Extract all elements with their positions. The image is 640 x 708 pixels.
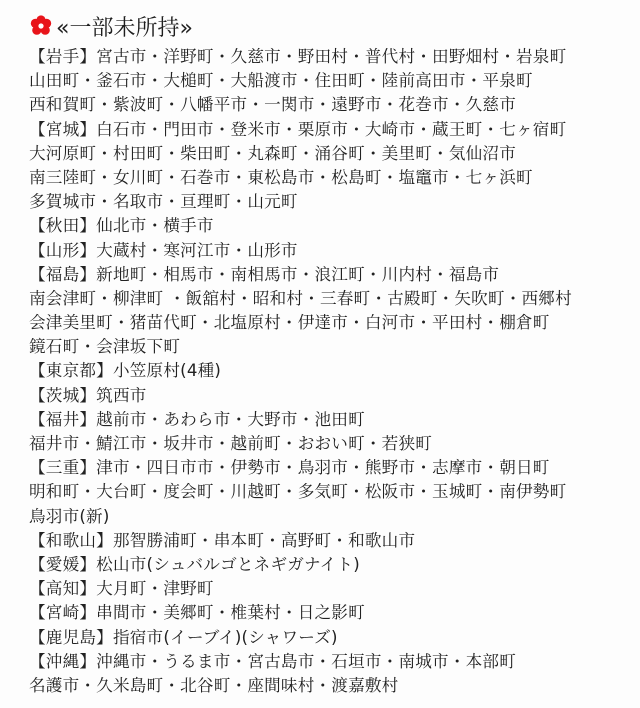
list-line-wakayama: 【和歌山】那智勝浦町・串本町・高野町・和歌山市 bbox=[29, 529, 629, 553]
list-line-fukushima-3: 会津美里町・猪苗代町・北塩原村・伊達市・白河市・平田村・棚倉町 bbox=[29, 311, 629, 335]
list-line-miyagi-2: 大河原町・村田町・柴田町・丸森町・涌谷町・美里町・気仙沼市 bbox=[29, 142, 629, 166]
list-line-iwate-1: 【岩手】宮古市・洋野町・久慈市・野田村・普代村・田野畑村・岩泉町 bbox=[29, 45, 629, 69]
list-line-miyagi-1: 【宮城】白石市・門田市・登米市・栗原市・大崎市・蔵王町・七ヶ宿町 bbox=[29, 118, 629, 142]
list-line-fukushima-1: 【福島】新地町・相馬市・南相馬市・浪江町・川内村・福島市 bbox=[29, 263, 629, 287]
list-line-yamagata: 【山形】大蔵村・寒河江市・山形市 bbox=[29, 239, 629, 263]
section-title: «一部未所持» bbox=[30, 10, 193, 42]
red-flower-icon bbox=[30, 15, 52, 37]
list-line-miyazaki: 【宮崎】串間市・美郷町・椎葉村・日之影町 bbox=[29, 601, 629, 625]
list-line-ibaraki: 【茨城】筑西市 bbox=[29, 384, 629, 408]
list-line-miyagi-4: 多賀城市・名取市・亘理町・山元町 bbox=[29, 190, 629, 214]
list-line-fukui-1: 【福井】越前市・あわら市・大野市・池田町 bbox=[29, 408, 629, 432]
municipality-list: 【岩手】宮古市・洋野町・久慈市・野田村・普代村・田野畑村・岩泉町 山田町・釜石市… bbox=[29, 45, 629, 698]
list-line-fukushima-4: 鏡石町・会津坂下町 bbox=[29, 335, 629, 359]
list-line-okinawa-1: 【沖縄】沖縄市・うるま市・宮古島市・石垣市・南城市・本部町 bbox=[29, 650, 629, 674]
list-line-mie-2: 明和町・大台町・度会町・川越町・多気町・松阪市・玉城町・南伊勢町 bbox=[29, 480, 629, 504]
list-line-okinawa-2: 名護市・久米島町・北谷町・座間味村・渡嘉敷村 bbox=[29, 674, 629, 698]
list-line-kagoshima: 【鹿児島】指宿市(イーブイ)(シャワーズ) bbox=[29, 626, 629, 650]
document-page: «一部未所持» 【岩手】宮古市・洋野町・久慈市・野田村・普代村・田野畑村・岩泉町… bbox=[0, 0, 640, 708]
list-line-kochi: 【高知】大月町・津野町 bbox=[29, 577, 629, 601]
list-line-ehime: 【愛媛】松山市(シュバルゴとネギガナイト) bbox=[29, 553, 629, 577]
list-line-iwate-2: 山田町・釜石市・大槌町・大船渡市・住田町・陸前高田市・平泉町 bbox=[29, 69, 629, 93]
list-line-fukushima-2: 南会津町・柳津町 ・飯舘村・昭和村・三春町・古殿町・矢吹町・西郷村 bbox=[29, 287, 629, 311]
list-line-akita: 【秋田】仙北市・横手市 bbox=[29, 214, 629, 238]
list-line-iwate-3: 西和賀町・紫波町・八幡平市・一関市・遠野市・花巻市・久慈市 bbox=[29, 93, 629, 117]
list-line-mie-3: 鳥羽市(新) bbox=[29, 505, 629, 529]
list-line-mie-1: 【三重】津市・四日市市・伊勢市・鳥羽市・熊野市・志摩市・朝日町 bbox=[29, 456, 629, 480]
list-line-miyagi-3: 南三陸町・女川町・石巻市・東松島市・松島町・塩竈市・七ヶ浜町 bbox=[29, 166, 629, 190]
list-line-fukui-2: 福井市・鯖江市・坂井市・越前町・おおい町・若狭町 bbox=[29, 432, 629, 456]
list-line-tokyo: 【東京都】小笠原村(4種) bbox=[29, 359, 629, 383]
title-text: «一部未所持» bbox=[56, 11, 193, 42]
